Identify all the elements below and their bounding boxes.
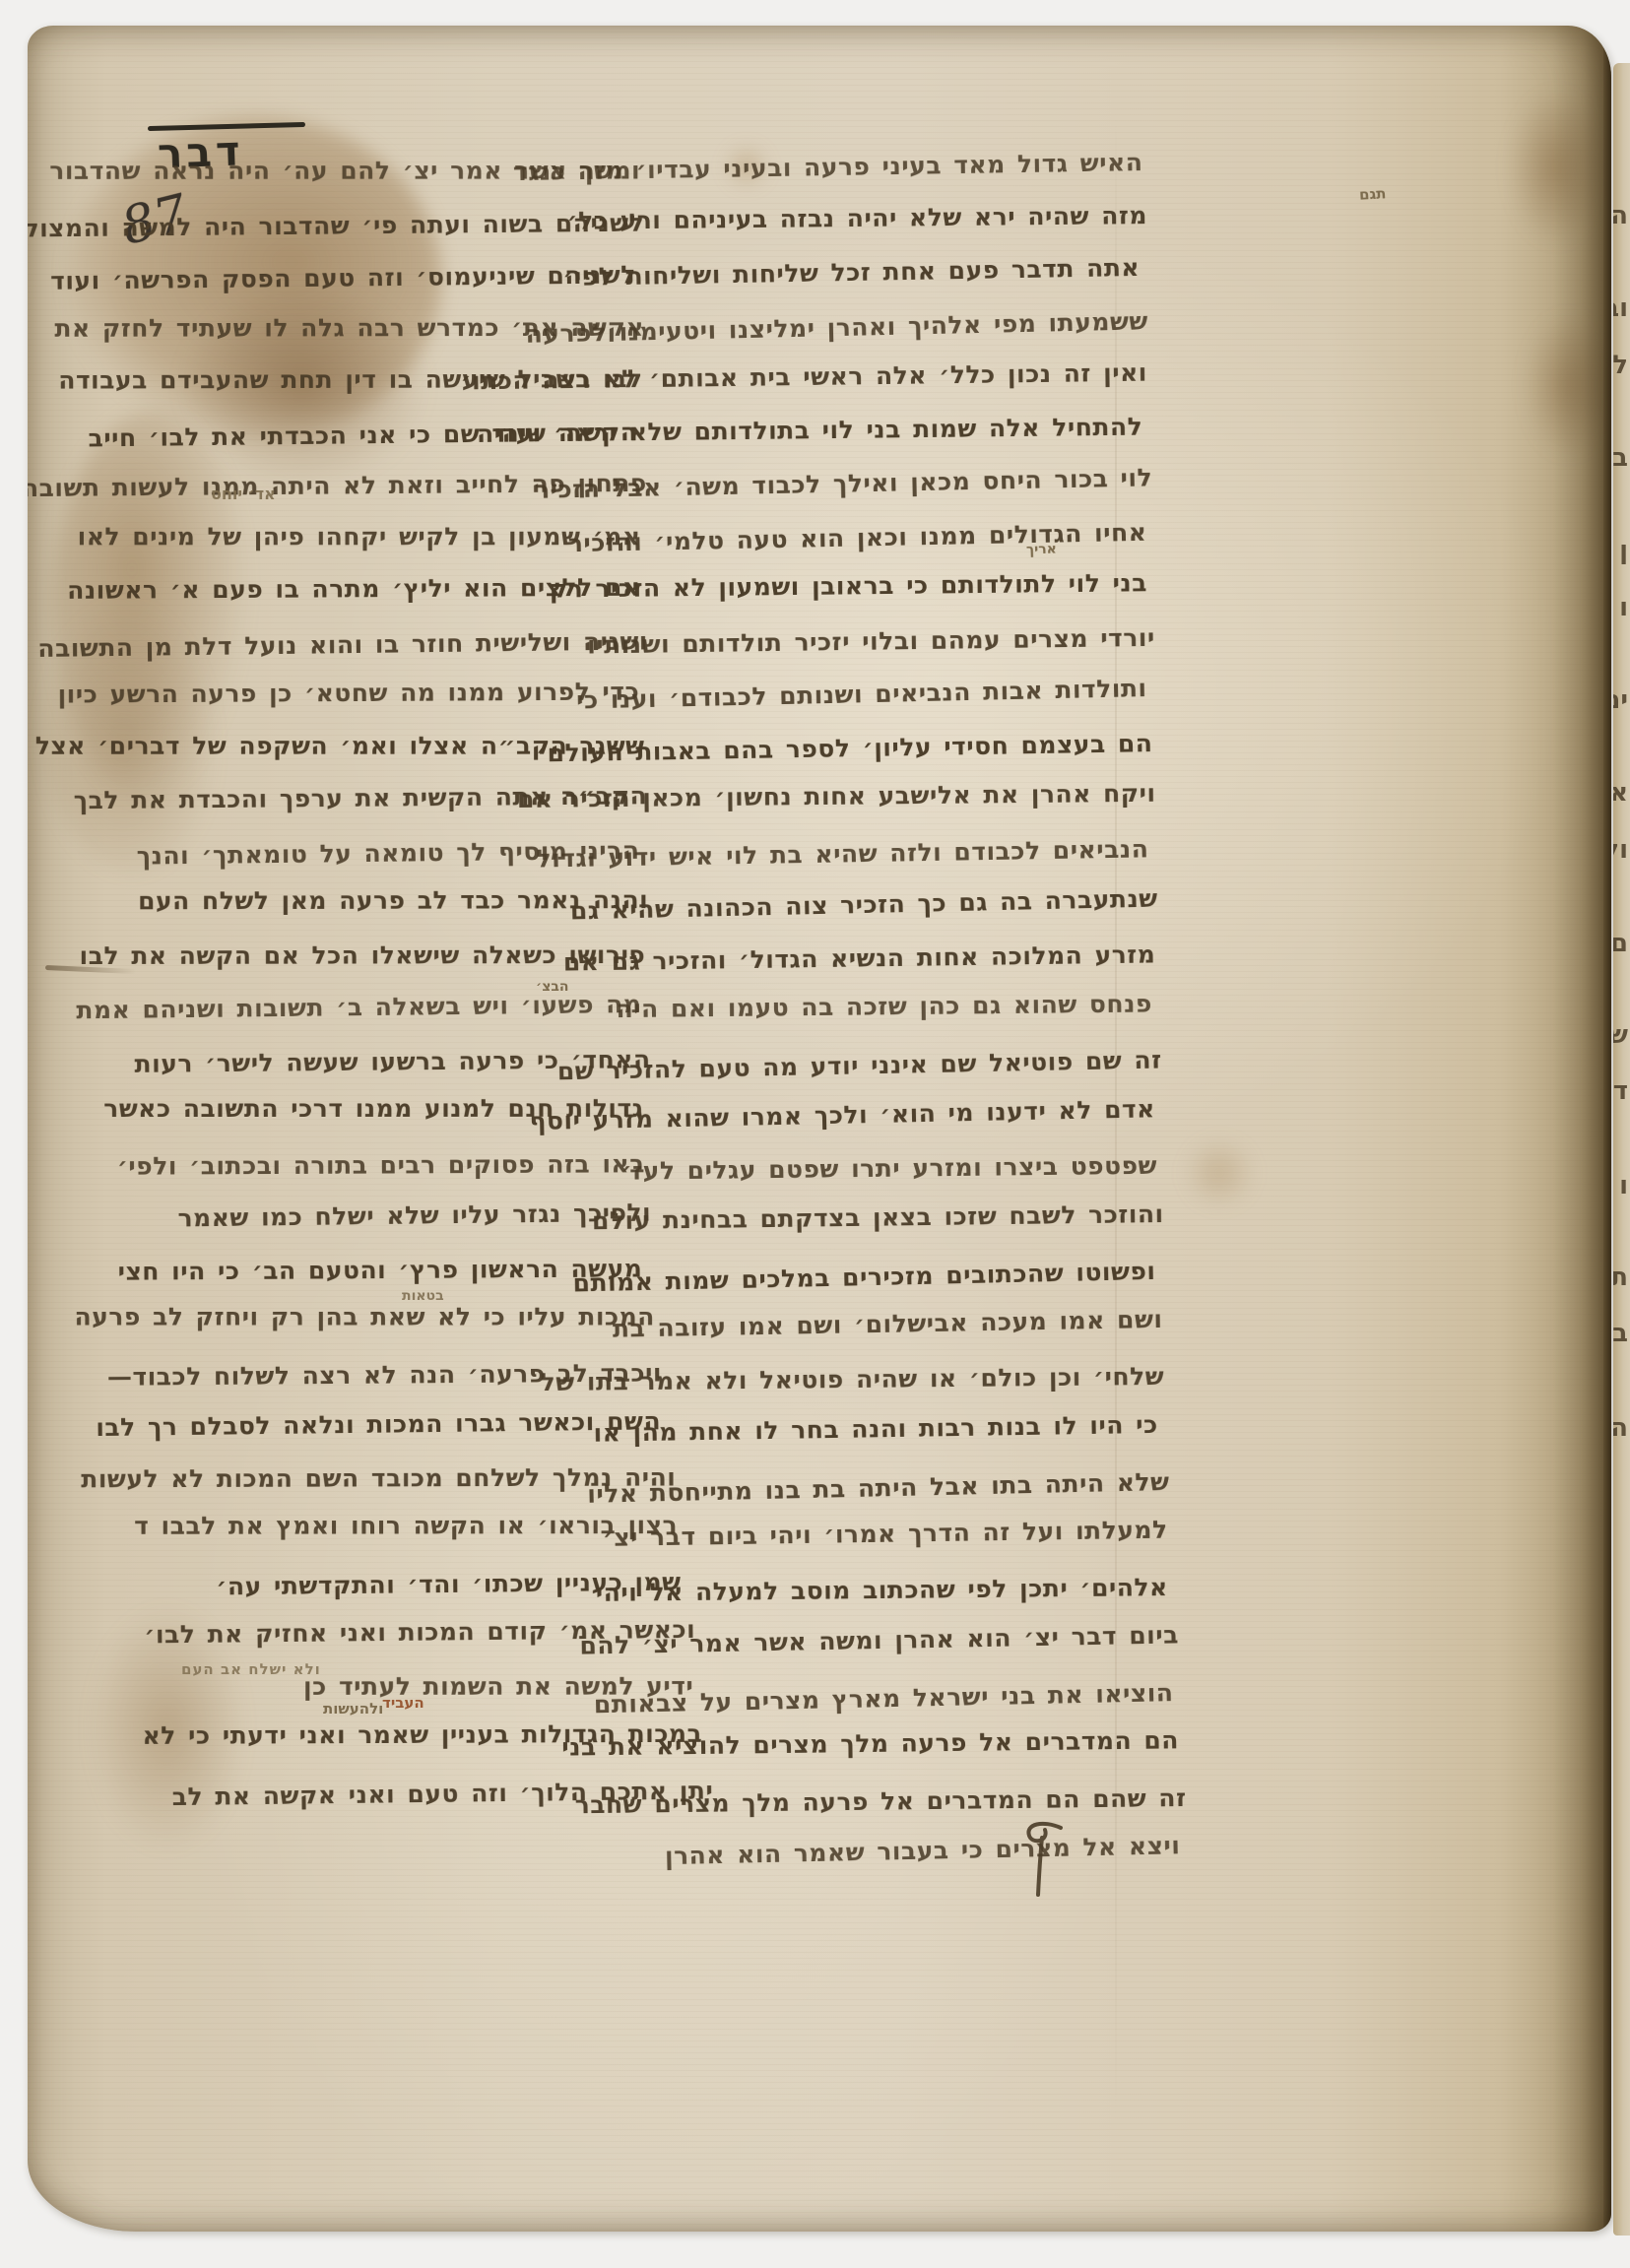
manuscript-line: בני לוי לתולדותם כי בראובן ושמעון לא הזכ… (655, 556, 1148, 615)
manuscript-page: דבר 87 האיש גדול מאד בעיני פרעה ובעיני ע… (28, 26, 1611, 2232)
text-column-left: ומשך אשר אמר יצ׳ להם עה׳ היה נראה שהדבור… (163, 145, 650, 1818)
manuscript-line: השם וכאשר גברו המכות ונלאה לסבלם רך לבו (183, 1394, 662, 1453)
facing-page-text-fragment: ב (1613, 443, 1628, 473)
manuscript-line: ולפיכך נגזר עליו שלא ישלח כמו שאמר (173, 1187, 652, 1245)
manuscript-line: למעלתו ועל זה הדרך אמרו׳ ויהי ביום דבר י… (675, 1504, 1168, 1564)
facing-page-text-fragment: א (1613, 778, 1628, 808)
manuscript-line: הם המדברים אל פרעה מלך מצרים להוציא את ב… (686, 1714, 1180, 1772)
manuscript-line: במכות הגדולות בעניין שאמר ואני ידעתי כי … (225, 1708, 702, 1762)
gloss-betaot: בטאות (402, 1288, 444, 1304)
facing-page-text-fragment: ב (1613, 1319, 1628, 1348)
facing-page-edge: הובלבןויםאולםשדותבה (1613, 63, 1630, 2236)
manuscript-line: וכאשר אמ׳ קודם המכות ואני אחזיק את לבו׳ (218, 1603, 696, 1660)
manuscript-line: ושניה ושלישית חוזר בו והוא נועל דלת מן ה… (170, 615, 649, 673)
facing-page-text-fragment: ן (1619, 536, 1628, 565)
manuscript-line: הקשה׳ ועוד שם כי אני הכבדתי את לבו׳ חייב (160, 406, 638, 464)
manuscript-line: האיש גדול מאד בעיני פרעה ובעיני עבדיו׳ מ… (650, 136, 1143, 196)
gloss-heevid: העביד (382, 1694, 424, 1712)
manuscript-line: שנתעברה בה גם כך הזכיר צוה הכהונה שהיא ג… (665, 873, 1158, 936)
manuscript-line: והוזכר לשבח שזכו בצאן בצדקתם בבחינת עולם (671, 1188, 1164, 1247)
manuscript-line: אתה תדבר פעם אחת זכל שליחות ושליחות לפי׳ (647, 241, 1141, 302)
manuscript-line: יורדי מצרים עמהם ובלוי יזכיר תולדותם ושנ… (662, 611, 1155, 670)
manuscript-line: להתחיל אלה שמות בני לוי בתולדותם שלא ירא… (650, 400, 1143, 458)
manuscript-line: באו בזה פסוקים רבים בתורה ובכתוב׳ ולפי׳ (167, 1137, 645, 1192)
manuscript-line: אמ׳ שמעון בן לקיש יקחהו פיהן של מינים לא… (163, 510, 641, 562)
manuscript-line: ויכבד לב פרעה׳ הנה לא רצה לשלוח לכבוד— (184, 1346, 662, 1402)
facing-page-text-fragment: וב (1613, 293, 1628, 323)
manuscript-line: אקשה את׳ כמדרש רבה גלה לו שעתיד לחזק את (166, 301, 644, 355)
facing-page-text-fragment: ים (1613, 685, 1628, 715)
facing-page-text-fragment: ם (1613, 929, 1628, 958)
gloss-tagam: תגם (1359, 184, 1387, 203)
manuscript-line: פנחס שהוא גם כהן שזכה בה טעמו ואם היה (660, 977, 1153, 1035)
manuscript-line: יתן אתכם הלוך׳ וזה טעם ואני אקשה את לב (235, 1764, 714, 1822)
text-column-right: האיש גדול מאד בעיני פרעה ובעיני עבדיו׳ מ… (650, 136, 1170, 1882)
manuscript-line: מה פשעו׳ ויש בשאלה ב׳ תשובות ושניהם אמת (163, 978, 642, 1035)
facing-page-text-fragment: ה (1613, 201, 1628, 230)
facing-page-text-fragment: ו (1619, 1171, 1628, 1200)
manuscript-line: ביום דבר יצ׳ הוא אהרן ומשה אשר אמר יצ׳ ל… (685, 1608, 1179, 1670)
facing-page-text-fragment: ו (1619, 593, 1628, 622)
gloss-ad-yohas: אד׳ יוחס (211, 485, 276, 503)
stain-column-small (1180, 1138, 1259, 1207)
gloss-velo-yishlah: ולא ישלח אב העם (181, 1660, 321, 1678)
manuscript-line: הקב״ה אתה הקשית את ערפך והכבדת את לבך (169, 769, 647, 825)
manuscript-line: כי היו לו בנות רבות והנה בחר לו אחת מהן … (665, 1398, 1158, 1458)
manuscript-line: גדולות חנם למנוע ממנו דרכי התשובה כאשר (165, 1082, 643, 1134)
gloss-arikh: אריך (1026, 541, 1057, 557)
manuscript-line: ושם אמו מעכה אבישלום׳ ושם אמו עזובה בת (670, 1293, 1163, 1354)
manuscript-line: והנה נאמר כבד לב פרעה מאן לשלח העם (170, 874, 648, 927)
manuscript-line: פירושו כשאלה שישאלו הכל אם הקשה את לבו (167, 929, 645, 982)
manuscript-line: ותולדות אבות הנביאים ושנותם לכבודם׳ וענו… (654, 662, 1147, 725)
manuscript-line: לשניהם שיניעמוס׳ וזה טעם הפסק הפרשה׳ ועו… (159, 248, 637, 305)
gloss-velahasot: ולהעשות (323, 1700, 383, 1717)
manuscript-line: והיה נמלך לשלחם מכובד השם המכות לא לעשות (198, 1451, 676, 1504)
manuscript-line: אדם לא ידענו מי הוא׳ ולכך אמרו שהוא מזרע… (662, 1082, 1155, 1145)
manuscript-line: ששגר הקב״ה אצלו ואמ׳ השקפה של דברים׳ אצל (167, 720, 645, 772)
manuscript-line: ואין זה נכון כלל׳ אלה ראשי בית אבותם׳ לא… (655, 347, 1148, 406)
gloss-habetz: הבצ׳ (536, 979, 569, 995)
pen-flourish-icon (1010, 1818, 1073, 1907)
manuscript-line: ויצא אל מצרים כי בעבור שאמר הוא אהרן (687, 1819, 1181, 1882)
manuscript-line: מזה שהיה ירא שלא יהיה נבזה בעיניהם ורע כ… (655, 189, 1147, 246)
binding-fold (1603, 26, 1611, 2232)
scan-background: דבר 87 האיש גדול מאד בעיני פרעה ובעיני ע… (0, 0, 1630, 2268)
facing-page-text-fragment: ול (1613, 835, 1628, 865)
facing-page-text-fragment: ת (1613, 1263, 1628, 1292)
facing-page-text-fragment: ל (1613, 351, 1628, 380)
facing-page-text-fragment: ד (1613, 1076, 1628, 1106)
manuscript-line: לבו בשביל שיעשה בו דין תחת שהעבידם בעבוד… (164, 353, 642, 406)
manuscript-line: ומשך אשר אמר יצ׳ להם עה׳ היה נראה שהדבור (163, 145, 640, 197)
manuscript-line: ויקח אהרן את אלישבע אחות נחשון׳ מכאן הזכ… (663, 767, 1155, 824)
manuscript-line: לוי בכור היחס מכאן ואילך לכבוד משה׳ אבל … (660, 451, 1153, 513)
facing-page-text-fragment: ה (1613, 1413, 1628, 1443)
manuscript-line: לשניהם בשוה ועתה פי׳ שהדבור היה למשה והמ… (166, 197, 644, 254)
manuscript-line: אם ללצים הוא יליץ׳ מתרה בו פעם א׳ ראשונה (163, 561, 640, 616)
page-gutter-shadow (1552, 26, 1611, 2232)
manuscript-line: רצון בוראו׳ או הקשה רוחו ואמץ את לבבו ד (200, 1499, 678, 1552)
manuscript-line: כדי לפרוע ממנו מה שחטא׳ כן פרעה הרשע כיו… (162, 666, 639, 721)
facing-page-text-fragment: ש (1613, 1020, 1628, 1050)
